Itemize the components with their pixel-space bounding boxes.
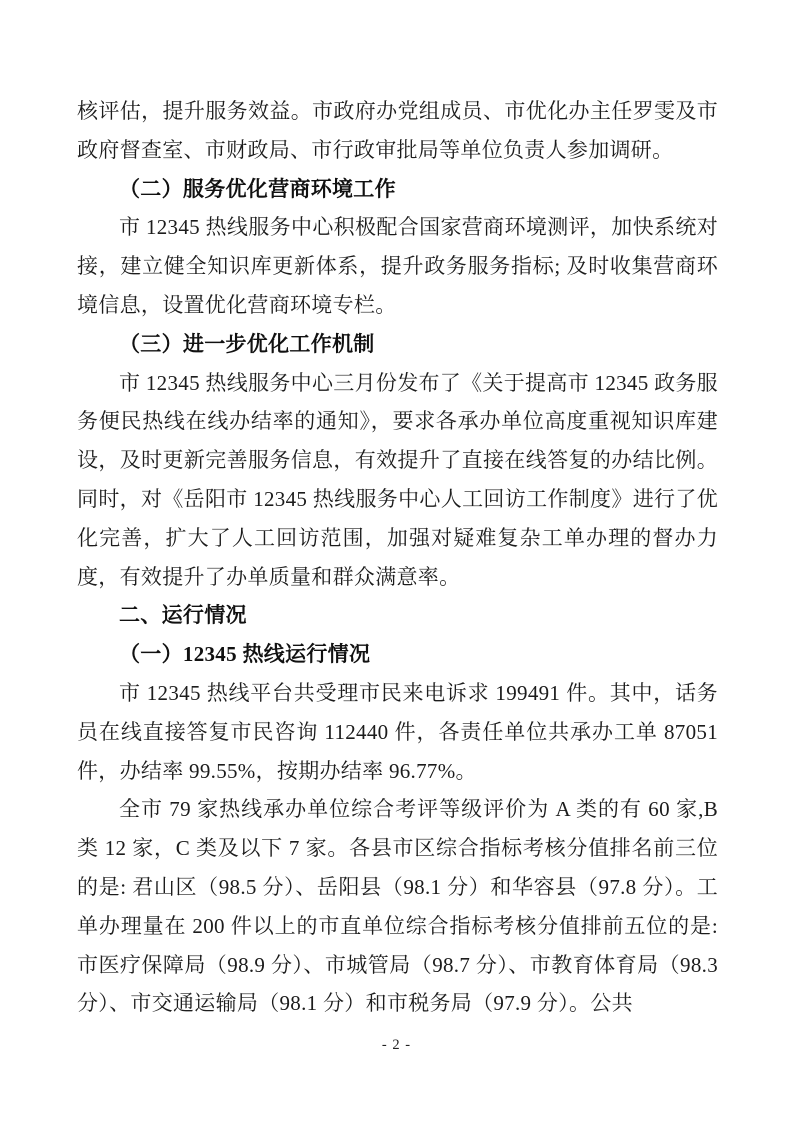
body-paragraph-continuation: 核评估，提升服务效益。市政府办党组成员、市优化办主任罗雯及市政府督查室、市财政局… bbox=[77, 92, 718, 170]
body-paragraph: 市 12345 热线平台共受理市民来电诉求 199491 件。其中，话务员在线直… bbox=[77, 674, 718, 790]
body-paragraph: 市 12345 热线服务中心三月份发布了《关于提高市 12345 政务服务便民热… bbox=[77, 364, 718, 597]
body-paragraph: 市 12345 热线服务中心积极配合国家营商环境测评，加快系统对接，建立健全知识… bbox=[77, 208, 718, 324]
document-body: 核评估，提升服务效益。市政府办党组成员、市优化办主任罗雯及市政府督查室、市财政局… bbox=[77, 92, 718, 1023]
body-paragraph: 全市 79 家热线承办单位综合考评等级评价为 A 类的有 60 家,B 类 12… bbox=[77, 790, 718, 1023]
page-number: - 2 - bbox=[0, 1034, 793, 1056]
document-page: 核评估，提升服务效益。市政府办党组成员、市优化办主任罗雯及市政府督查室、市财政局… bbox=[0, 0, 793, 1122]
section-heading-3: （三）进一步优化工作机制 bbox=[77, 325, 718, 364]
section-heading-2: （二）服务优化营商环境工作 bbox=[77, 170, 718, 209]
chapter-heading-operations: 二、运行情况 bbox=[77, 596, 718, 635]
section-heading-hotline-operations: （一）12345 热线运行情况 bbox=[77, 635, 718, 674]
